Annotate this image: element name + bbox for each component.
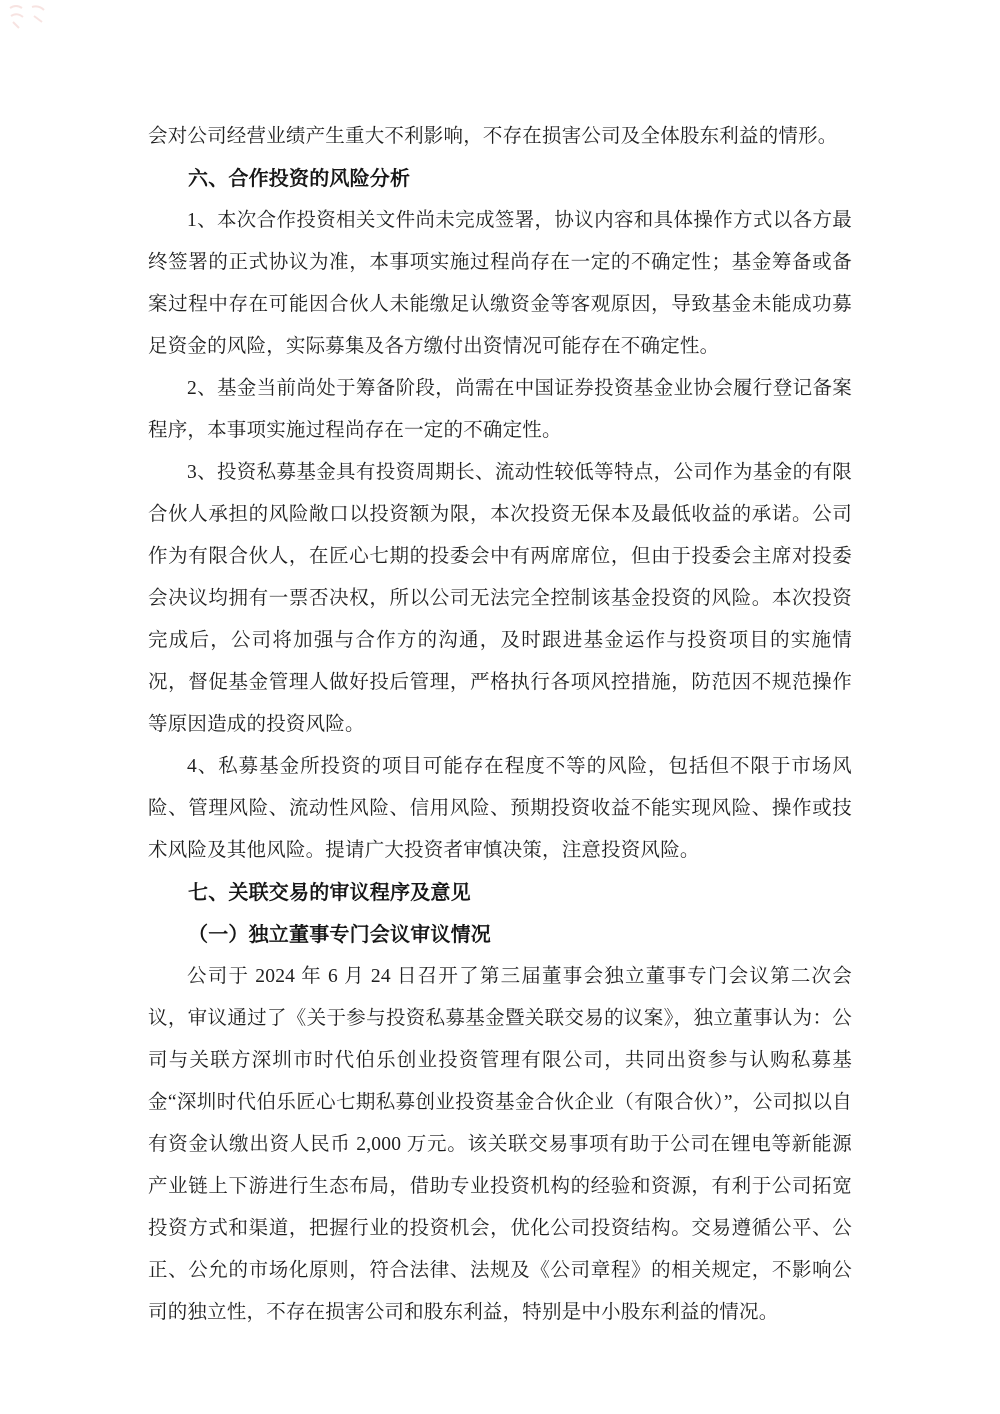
section-heading-related-transaction-review: 七、关联交易的审议程序及意见 (148, 872, 852, 914)
paragraph-risk-4: 4、私募基金所投资的项目可能存在程度不等的风险，包括但不限于市场风险、管理风险、… (148, 746, 852, 872)
document-content: 会对公司经营业绩产生重大不利影响，不存在损害公司及全体股东利益的情形。 六、合作… (148, 116, 852, 1334)
document-page: 会对公司经营业绩产生重大不利影响，不存在损害公司及全体股东利益的情形。 六、合作… (0, 0, 1000, 1414)
paragraph-risk-1: 1、本次合作投资相关文件尚未完成签署，协议内容和具体操作方式以各方最终签署的正式… (148, 200, 852, 368)
corner-stamp-artifact (6, 2, 48, 32)
sub-heading-independent-director-meeting: （一）独立董事专门会议审议情况 (148, 914, 852, 956)
paragraph-risk-2: 2、基金当前尚处于筹备阶段，尚需在中国证券投资基金业协会履行登记备案程序，本事项… (148, 368, 852, 452)
paragraph-continuation: 会对公司经营业绩产生重大不利影响，不存在损害公司及全体股东利益的情形。 (148, 116, 852, 158)
paragraph-risk-3: 3、投资私募基金具有投资周期长、流动性较低等特点，公司作为基金的有限合伙人承担的… (148, 452, 852, 746)
paragraph-independent-director-opinion: 公司于 2024 年 6 月 24 日召开了第三届董事会独立董事专门会议第二次会… (148, 956, 852, 1334)
section-heading-risk-analysis: 六、合作投资的风险分析 (148, 158, 852, 200)
